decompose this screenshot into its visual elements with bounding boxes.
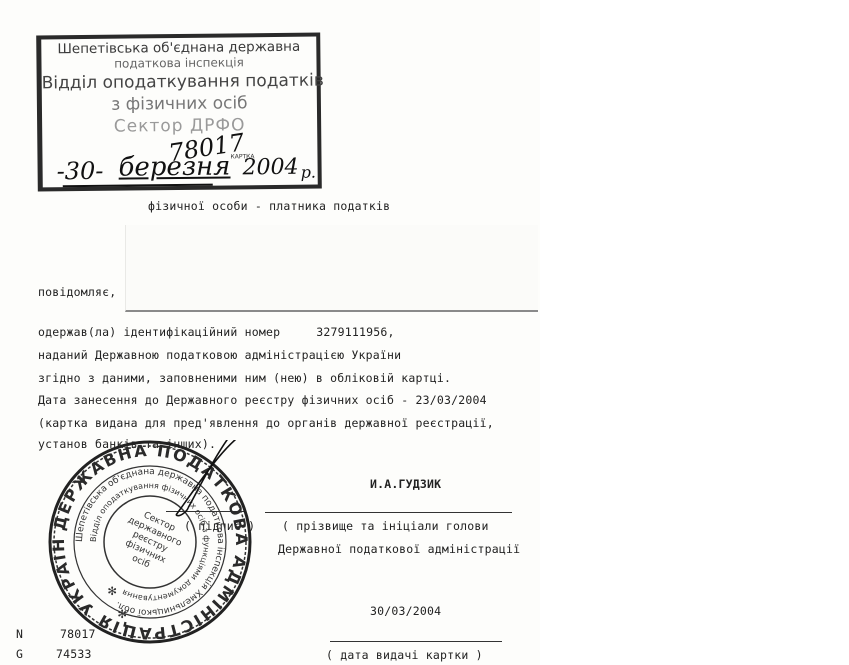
handwritten-year: 2004 [242,155,298,181]
id-number-value: 3279111956, [316,325,394,339]
body-line-3: згідно з даними, заповненими ним (нею) в… [38,371,451,385]
body-line-5: (картка видана для пред'явлення до орган… [38,416,494,430]
handwritten-month: березня [118,151,230,182]
notice-label: повідомляє, [38,285,116,299]
scanned-document-page: Шепетівська об'єднана державна податкова… [0,0,540,665]
issue-date: 30/03/2004 [370,604,441,618]
head-caption-line-2: Державної податкової адміністрації [278,542,520,556]
issue-date-rule [330,641,502,642]
registry-date-line: Дата занесення до Державного реєстру фіз… [38,393,487,407]
issue-date-caption: ( дата видачі картки ) [326,648,483,662]
handwritten-day: -30- [56,157,103,185]
body-line-2: наданий Державною податковою адміністрац… [38,348,401,362]
seal-asterisk-icon: ✻ [108,583,117,599]
registration-stamp: Шепетівська об'єднана державна податкова… [36,33,322,192]
footer-code-n-label: N [16,627,23,641]
stamp-line-department-2: з фізичних осіб [42,93,317,116]
footer-code-g-label: G [16,647,23,661]
head-name-rule [265,512,512,513]
handwritten-year-suffix: р. [301,163,317,182]
head-name: И.А.ГУДЗИК [370,477,441,491]
stamp-line-sector: Сектор ДРФО [42,115,317,138]
head-caption-line-1: ( прізвище та ініціали голови [282,519,489,533]
seal-asterisk-icon: ✻ [118,606,127,622]
round-official-seal: ДЕРЖАВНА ПОДАТКОВА АДМІНІСТРАЦІЯ УКРАЇНИ… [48,440,252,644]
stamp-line-department: Відділ оподаткування податків [42,71,317,94]
footer-code-g-value: 74533 [56,647,92,661]
seal-center-text: Сектордержавногореєструфізичнихосіб [112,505,188,579]
stamp-line-inspection-2: податкова інспекція [41,55,316,72]
document-subtitle: фізичної особи - платника податків [148,199,390,213]
redacted-name-area [125,225,538,312]
id-number-label: одержав(ла) ідентифікаційний номер [38,325,280,339]
body-line-1: одержав(ла) ідентифікаційний номер327911… [38,325,395,339]
